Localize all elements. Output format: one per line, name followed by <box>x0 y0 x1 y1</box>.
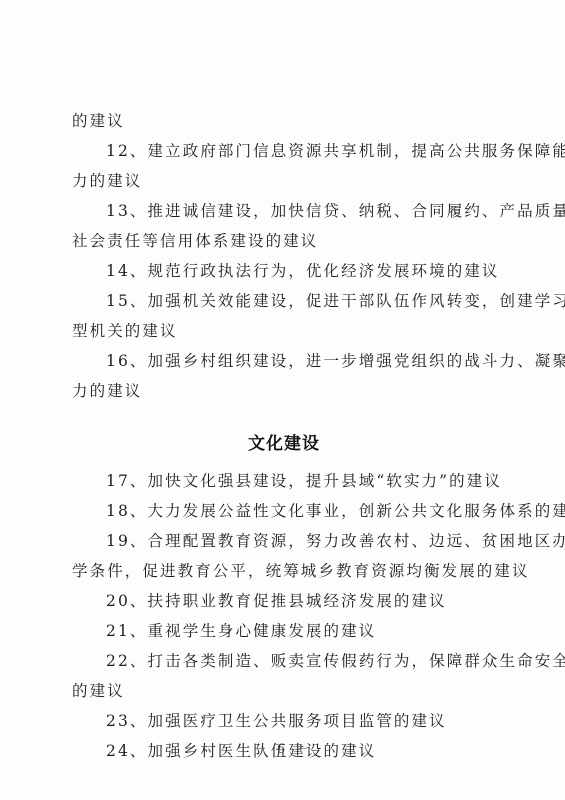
list-item-18: 18、大力发展公益性文化事业，创新公共文化服务体系的建议 <box>72 496 496 526</box>
page-number: － 6 － <box>0 738 565 757</box>
document-page: 的建议 12、建立政府部门信息资源共享机制，提高公共服务保障能 力的建议 13、… <box>0 0 565 800</box>
text-line: 型机关的建议 <box>72 316 496 346</box>
list-item-22: 22、打击各类制造、贩卖宣传假药行为，保障群众生命安全 <box>72 646 496 676</box>
list-item-12: 12、建立政府部门信息资源共享机制，提高公共服务保障能 <box>72 136 496 166</box>
list-item-14: 14、规范行政执法行为，优化经济发展环境的建议 <box>72 256 496 286</box>
list-item-16: 16、加强乡村组织建设，进一步增强党组织的战斗力、凝聚 <box>72 346 496 376</box>
text-line: 学条件，促进教育公平，统筹城乡教育资源均衡发展的建议 <box>72 556 496 586</box>
list-item-13: 13、推进诚信建设，加快信贷、纳税、合同履约、产品质量、 <box>72 196 496 226</box>
document-body: 的建议 12、建立政府部门信息资源共享机制，提高公共服务保障能 力的建议 13、… <box>72 106 496 766</box>
list-item-23: 23、加强医疗卫生公共服务项目监管的建议 <box>72 706 496 736</box>
text-line: 力的建议 <box>72 166 496 196</box>
text-line: 的建议 <box>72 106 496 136</box>
text-line: 社会责任等信用体系建设的建议 <box>72 226 496 256</box>
section-culture: 文化建设 17、加快文化强县建设，提升县域“软实力”的建议 18、大力发展公益性… <box>72 422 496 766</box>
text-line: 的建议 <box>72 676 496 706</box>
list-item-15: 15、加强机关效能建设，促进干部队伍作风转变，创建学习 <box>72 286 496 316</box>
list-item-19: 19、合理配置教育资源，努力改善农村、边远、贫困地区办 <box>72 526 496 556</box>
text-line: 力的建议 <box>72 376 496 406</box>
list-item-21: 21、重视学生身心健康发展的建议 <box>72 616 496 646</box>
section-continued: 的建议 12、建立政府部门信息资源共享机制，提高公共服务保障能 力的建议 13、… <box>72 106 496 406</box>
section-heading: 文化建设 <box>72 422 496 466</box>
list-item-17: 17、加快文化强县建设，提升县域“软实力”的建议 <box>72 466 496 496</box>
list-item-20: 20、扶持职业教育促推县城经济发展的建议 <box>72 586 496 616</box>
